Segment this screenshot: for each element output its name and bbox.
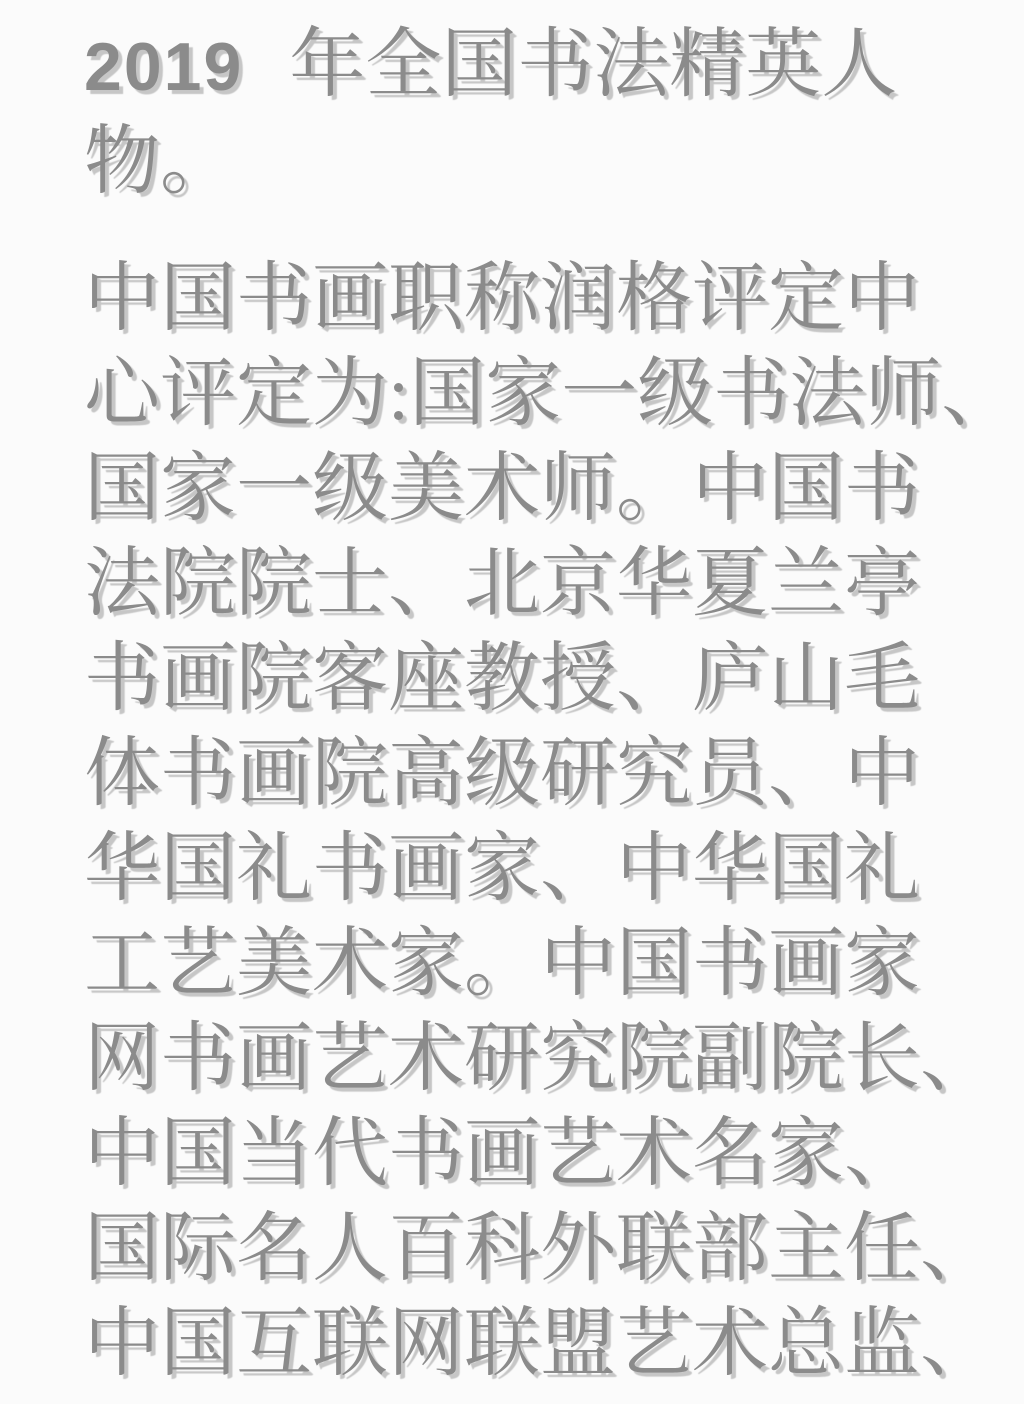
paragraph-line: 书画院客座教授、庐山毛: [84, 632, 984, 727]
paragraph-line: 中国书画职称润格评定中: [84, 252, 984, 347]
heading-title-text: 年全国书法精英人: [289, 23, 897, 107]
article-heading: 2019年全国书法精英人 物。: [84, 18, 984, 210]
biography-paragraph: 中国书画职称润格评定中 心评定为:国家一级书法师、 国家一级美术师。中国书 法院…: [84, 252, 984, 1392]
paragraph-line: 华国礼书画家、中华国礼: [84, 822, 984, 917]
heading-line-2: 物。: [84, 115, 984, 210]
paragraph-line: 工艺美术家。中国书画家: [84, 917, 984, 1012]
paragraph-line: 国际名人百科外联部主任、: [84, 1202, 984, 1297]
paragraph-line: 中国当代书画艺术名家、: [84, 1107, 984, 1202]
paragraph-line: 网书画艺术研究院副院长、: [84, 1012, 984, 1107]
heading-year: 2019: [84, 29, 243, 105]
paragraph-line: 体书画院高级研究员、中: [84, 727, 984, 822]
paragraph-line: 心评定为:国家一级书法师、: [84, 347, 984, 442]
paragraph-line: 法院院士、北京华夏兰亭: [84, 537, 984, 632]
paragraph-line: 中国互联网联盟艺术总监、: [84, 1297, 984, 1392]
paragraph-line: 国家一级美术师。中国书: [84, 442, 984, 537]
article-page: 2019年全国书法精英人 物。 中国书画职称润格评定中 心评定为:国家一级书法师…: [0, 0, 1024, 1404]
heading-line-1: 2019年全国书法精英人: [84, 18, 984, 115]
